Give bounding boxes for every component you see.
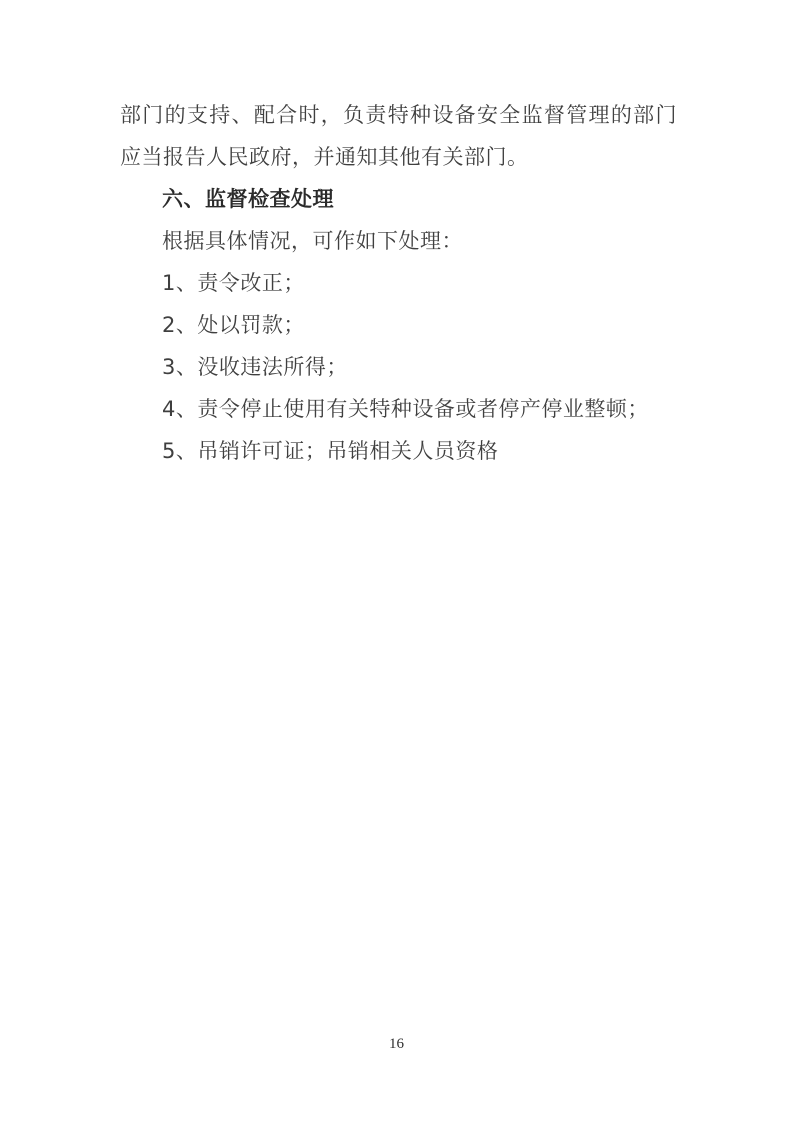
list-item: 2、处以罚款； bbox=[120, 304, 677, 346]
section-heading: 六、监督检查处理 bbox=[120, 178, 677, 220]
continued-paragraph: 部门的支持、配合时，负责特种设备安全监督管理的部门应当报告人民政府，并通知其他有… bbox=[120, 94, 677, 178]
list-item: 1、责令改正； bbox=[120, 262, 677, 304]
list-item: 4、责令停止使用有关特种设备或者停产停业整顿； bbox=[120, 388, 677, 430]
list-item: 5、吊销许可证；吊销相关人员资格 bbox=[120, 430, 677, 472]
document-page: 部门的支持、配合时，负责特种设备安全监督管理的部门应当报告人民政府，并通知其他有… bbox=[0, 0, 793, 1122]
intro-line: 根据具体情况，可作如下处理： bbox=[120, 220, 677, 262]
list-item: 3、没收违法所得； bbox=[120, 346, 677, 388]
page-content: 部门的支持、配合时，负责特种设备安全监督管理的部门应当报告人民政府，并通知其他有… bbox=[120, 94, 677, 472]
page-number: 16 bbox=[0, 1034, 793, 1054]
